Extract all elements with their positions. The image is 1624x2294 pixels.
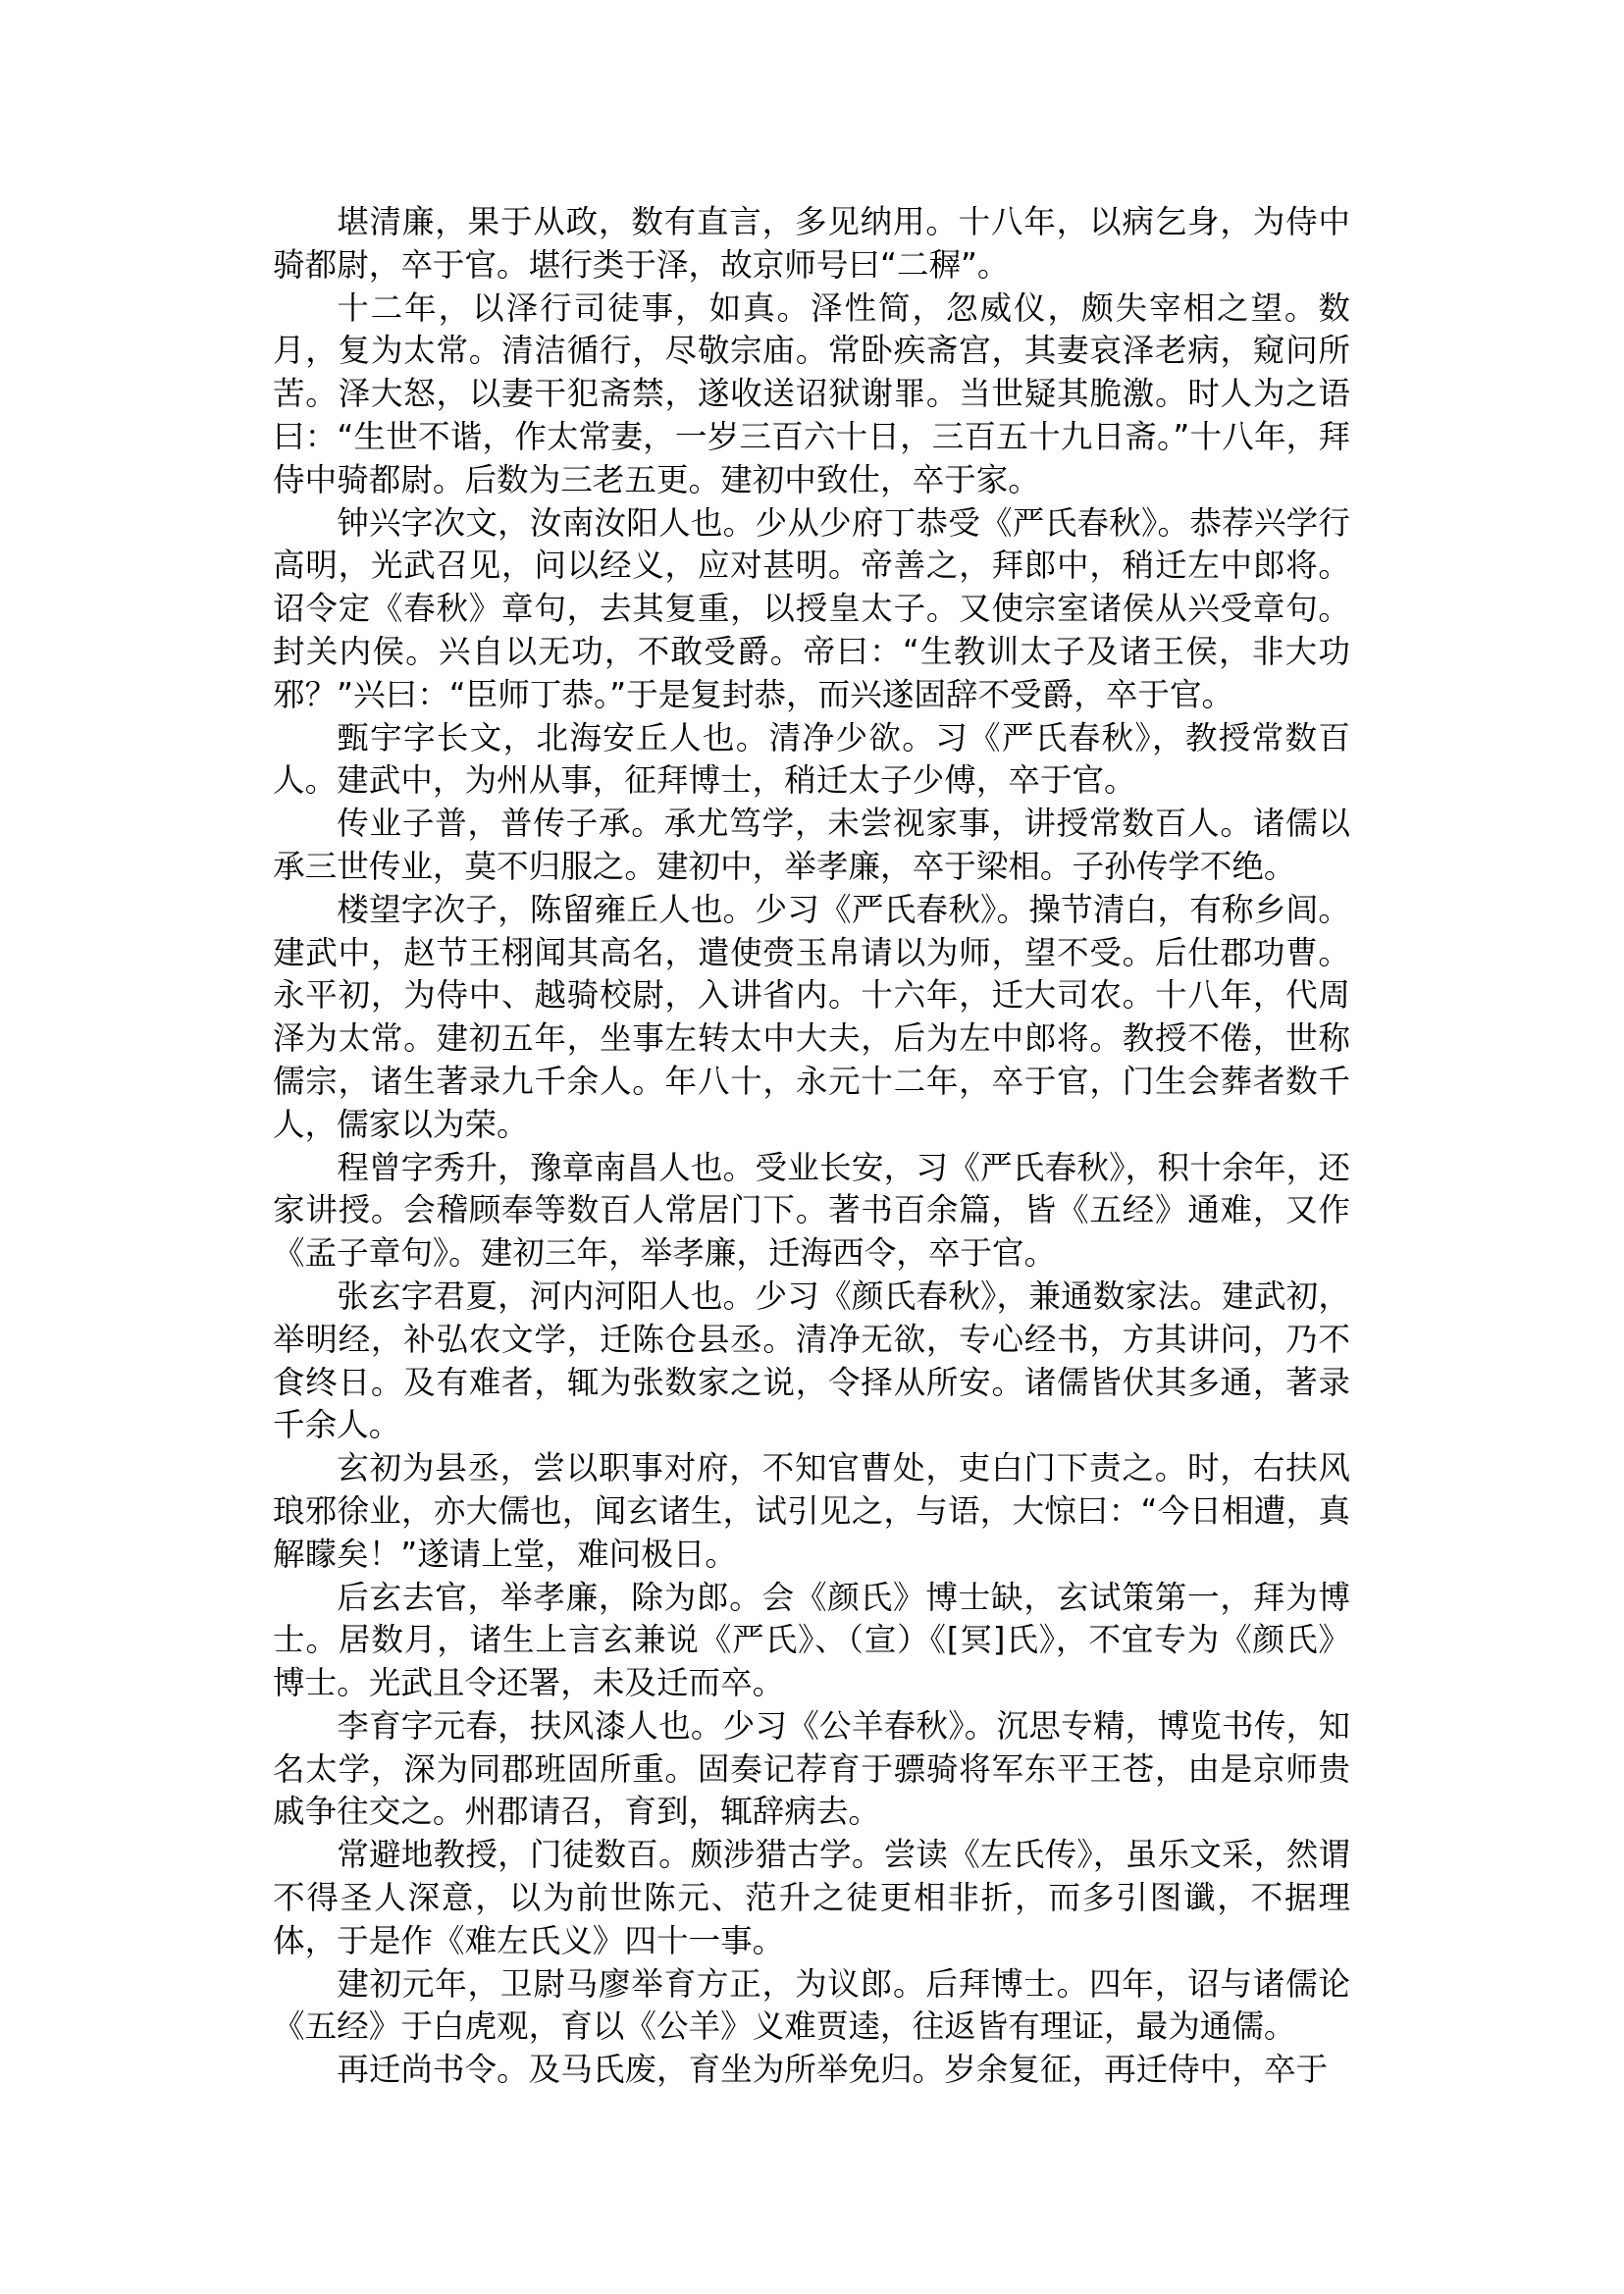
paragraph-zhang-xuan: 张玄字君夏，河内河阳人也。少习《颜氏春秋》，兼通数家法。建武初，举明经，补弘农文… <box>273 1276 1350 1447</box>
paragraph-zhang-kan: 堪清廉，果于从政，数有直言，多见纳用。十八年，以病乞身，为侍中骑都尉，卒于官。堪… <box>273 201 1350 287</box>
document-page: 堪清廉，果于从政，数有直言，多见纳用。十八年，以病乞身，为侍中骑都尉，卒于官。堪… <box>273 201 1350 2092</box>
paragraph-cheng-zeng: 程曾字秀升，豫章南昌人也。受业长安，习《严氏春秋》，积十余年，还家讲授。会稽顾奉… <box>273 1147 1350 1276</box>
paragraph-lou-wang: 楼望字次子，陈留雍丘人也。少习《严氏春秋》。操节清白，有称乡闾。建武中，赵节王栩… <box>273 889 1350 1147</box>
paragraph-zhou-ze: 十二年，以泽行司徒事，如真。泽性简，忽威仪，颇失宰相之望。数月，复为太常。清洁循… <box>273 287 1350 502</box>
paragraph-li-yu-later: 再迁尚书令。及马氏废，育坐为所举免归。岁余复征，再迁侍中，卒于 <box>273 2049 1350 2092</box>
paragraph-li-yu-teaching: 常避地教授，门徒数百。颇涉猎古学。尝读《左氏传》，虽乐文采，然谓不得圣人深意，以… <box>273 1834 1350 1962</box>
paragraph-zhang-xuan-boshi: 后玄去官，举孝廉，除为郎。会《颜氏》博士缺，玄试策第一，拜为博士。居数月，诸生上… <box>273 1577 1350 1705</box>
paragraph-li-yu: 李育字元春，扶风漆人也。少习《公羊春秋》。沉思专精，博览书传，知名太学，深为同郡… <box>273 1705 1350 1834</box>
paragraph-zhen-yu: 甄宇字长文，北海安丘人也。清净少欲。习《严氏春秋》，教授常数百人。建武中，为州从… <box>273 717 1350 804</box>
paragraph-zhen-descendants: 传业子普，普传子承。承尤笃学，未尝视家事，讲授常数百人。诸儒以承三世传业，莫不归… <box>273 803 1350 889</box>
paragraph-li-yu-jianchu: 建初元年，卫尉马廖举育方正，为议郎。后拜博士。四年，诏与诸儒论《五经》于白虎观，… <box>273 1963 1350 2050</box>
paragraph-zhong-xing: 钟兴字次文，汝南汝阳人也。少从少府丁恭受《严氏春秋》。恭荐兴学行高明，光武召见，… <box>273 502 1350 717</box>
paragraph-zhang-xuan-county: 玄初为县丞，尝以职事对府，不知官曹处，吏白门下责之。时，右扶风琅邪徐业，亦大儒也… <box>273 1447 1350 1576</box>
